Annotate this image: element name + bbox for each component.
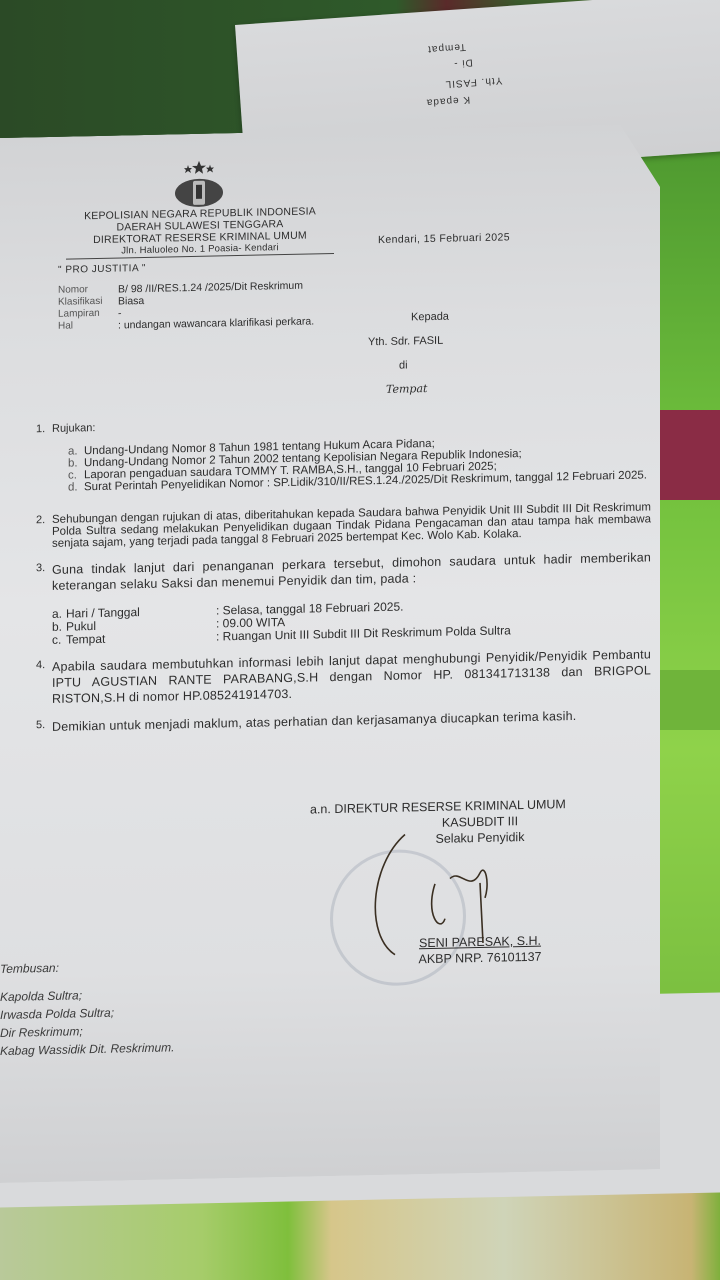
section-number: 4. (36, 659, 52, 707)
document-page: KEPOLISIAN NEGARA REPUBLIK INDONESIA DAE… (0, 124, 660, 1183)
section-text: Guna tindak lanjut dari penanganan perka… (52, 549, 651, 594)
section-text: Apabila saudara membutuhkan informasi le… (52, 646, 651, 707)
meta-value: - (118, 307, 122, 319)
fabric-stripe (650, 410, 720, 500)
appointment-details: a.Hari / Tanggal: Selasa, tanggal 18 Feb… (52, 595, 651, 647)
section-number: 3. (36, 562, 52, 647)
envelope-line: Tempat (427, 41, 466, 55)
meta-value: Biasa (118, 295, 144, 308)
section-5: 5. Demikian untuk menjadi maklum, atas p… (36, 706, 651, 735)
reference-list: a.Undang-Undang Nomor 8 Tahun 1981 tenta… (68, 433, 651, 493)
section-number: 1. (36, 423, 52, 494)
fabric-stripe (650, 670, 720, 730)
handwritten-signature-icon (365, 822, 535, 966)
envelope-line: Di - (453, 57, 473, 69)
section-4: 4. Apabila saudara membutuhkan informasi… (36, 646, 651, 707)
section-number: 2. (36, 514, 52, 550)
list-letter: a. (68, 445, 84, 457)
carbon-copy-item: Kabag Wassidik Dit. Reskrimum. (0, 1038, 175, 1060)
letter-body: 1. Rujukan: a.Undang-Undang Nomor 8 Tahu… (36, 410, 651, 747)
letterhead: KEPOLISIAN NEGARA REPUBLIK INDONESIA DAE… (60, 205, 340, 260)
section-text: Sehubungan dengan rujukan di atas, diber… (52, 501, 651, 550)
list-letter: c. (68, 469, 84, 481)
recipient-di: di (399, 353, 449, 378)
letter-meta: Nomor B/ 98 /II/RES.1.24 /2025/Dit Reskr… (58, 279, 314, 332)
carbon-copy-title: Tembusan: (0, 956, 175, 978)
section-text: Demikian untuk menjadi maklum, atas perh… (52, 706, 651, 735)
envelope-line: K epada (425, 94, 470, 108)
section-1: 1. Rujukan: a.Undang-Undang Nomor 8 Tahu… (36, 410, 651, 494)
recipient-name: Yth. Sdr. FASIL (368, 329, 449, 355)
police-crest-icon (168, 158, 230, 209)
section-2: 2. Sehubungan dengan rujukan di atas, di… (36, 501, 651, 550)
meta-key: Hal (58, 320, 118, 333)
detail-key: Tempat (66, 630, 216, 646)
place-date: Kendari, 15 Februari 2025 (378, 231, 510, 246)
carbon-copy-block: Tembusan: Kapolda Sultra; Irwasda Polda … (0, 956, 175, 1060)
section-3: 3. Guna tindak lanjut dari penanganan pe… (36, 549, 651, 647)
section-number: 5. (36, 719, 52, 735)
recipient-kepada: Kepada (411, 305, 449, 330)
detail-letter: c. (52, 634, 66, 647)
list-letter: d. (68, 481, 84, 493)
list-letter: b. (68, 457, 84, 469)
envelope-line: Yth. FASIL (444, 75, 502, 90)
recipient-tempat-handwritten: Tempat (386, 377, 449, 402)
pro-justitia-label: " PRO JUSTITIA " (58, 263, 146, 276)
recipient-block: Kepada Yth. Sdr. FASIL di Tempat (368, 305, 449, 403)
section-title: Rujukan: (52, 410, 651, 436)
